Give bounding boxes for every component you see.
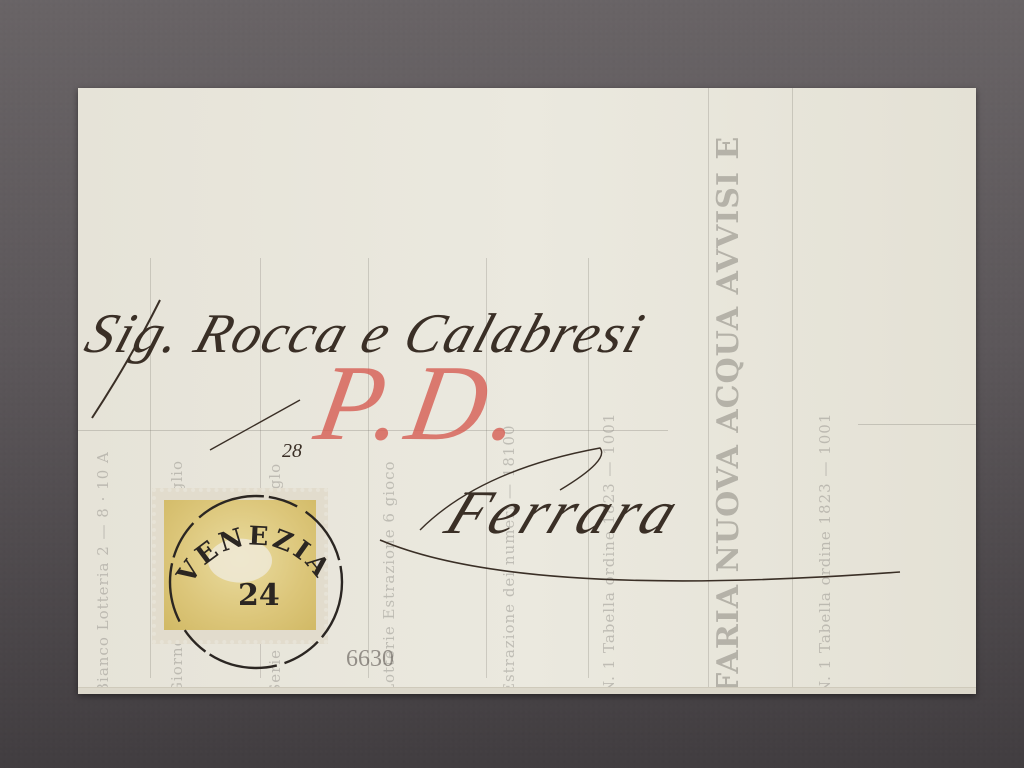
address-line-addressee: Sig. Rocca e Calabresi <box>78 302 654 366</box>
address-line-city: Ferrara <box>436 478 692 549</box>
manuscript-note: 28 <box>282 440 302 463</box>
postmark-ring: VENEZIA <box>0 0 1024 768</box>
postmark-day: 24 <box>238 578 280 613</box>
pencil-price: 6630 <box>346 646 394 673</box>
